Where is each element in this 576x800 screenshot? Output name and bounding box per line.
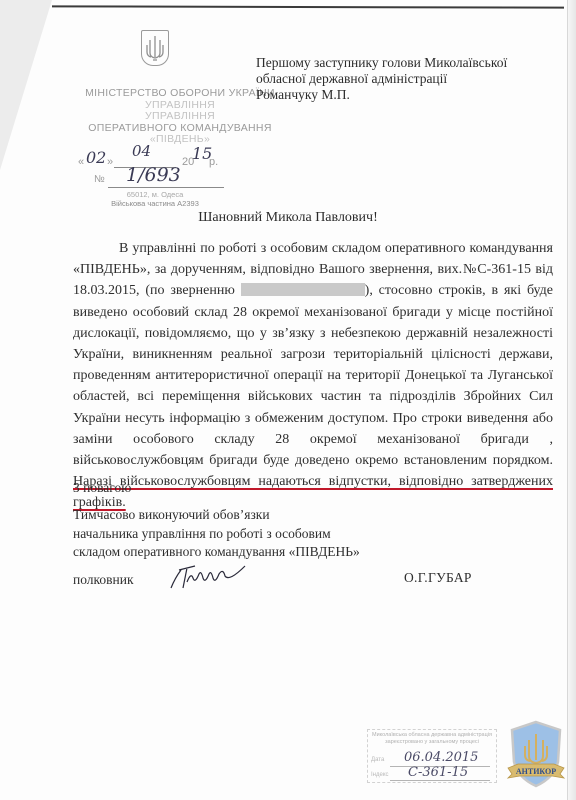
number-label: №	[94, 174, 105, 185]
recipient-line: Першому заступнику голови Миколаївської	[256, 55, 507, 71]
trident-icon	[142, 31, 168, 65]
stamp-header-line: зареєстровано у загальному процесі	[370, 739, 494, 746]
body-paragraph: В управлінні по роботі з особовим складо…	[73, 238, 553, 514]
date-suffix: р.	[209, 156, 218, 168]
address-unit: Військова частина А2393	[80, 199, 230, 208]
stamp-number-value: С-361-15	[408, 765, 468, 780]
document-page: МІНІСТЕРСТВО ОБОРОНИ УКРАЇНИ УПРАВЛІННЯ …	[0, 0, 576, 800]
incoming-registration-stamp: Миколаївська обласна державна адміністра…	[367, 729, 497, 783]
signer-title-line: складом оперативного командування «ПІВДЕ…	[73, 543, 360, 562]
number-line	[108, 187, 224, 188]
page-top-edge	[52, 5, 564, 8]
date-open-quote: «	[78, 156, 84, 168]
closing: З повагою	[73, 480, 131, 496]
stamp-number-line	[390, 780, 490, 781]
signer-title-line: Тимчасово виконуючий обов’язки	[73, 506, 360, 525]
signer-title: Тимчасово виконуючий обов’язки начальник…	[73, 506, 360, 562]
recipient-line: обласної державної адміністрації	[256, 71, 507, 87]
ministry-line: УПРАВЛІННЯ	[60, 111, 300, 123]
address-city: 65012, м. Одеса	[80, 190, 230, 199]
date-close-quote: »	[107, 156, 113, 168]
salutation: Шановний Микола Павлович!	[0, 210, 576, 226]
trident-coat-of-arms-icon	[141, 30, 169, 66]
badge-text: АНТИКОР	[516, 767, 556, 776]
stamp-header: Миколаївська обласна державна адміністра…	[370, 732, 494, 745]
letter-body: В управлінні по роботі з особовим складо…	[73, 238, 553, 514]
stamp-header-line: Миколаївська обласна державна адміністра…	[370, 732, 494, 739]
page-right-edge	[567, 0, 576, 800]
signer-name: О.Г.ГУБАР	[404, 570, 472, 586]
stamp-date-label: Дата	[371, 757, 384, 763]
trident-shield-logo-icon: АНТИКОР	[504, 718, 568, 790]
signer-rank: полковник	[73, 572, 134, 588]
outgoing-number: 1/693	[126, 164, 181, 186]
underlined-highlight: Наразі військовослужбовцям надаються від…	[73, 474, 553, 510]
handwritten-signature-icon	[165, 560, 250, 592]
letterhead-address: 65012, м. Одеса Військова частина А2393	[80, 190, 230, 208]
recipient-block: Першому заступнику голови Миколаївської …	[256, 55, 507, 103]
body-text-part2: ), стосовно строків, в які буде виведено…	[73, 283, 553, 468]
date-month: 04	[132, 142, 151, 160]
redacted-name	[241, 283, 365, 296]
stamp-date-value: 06.04.2015	[404, 750, 478, 765]
folded-corner	[0, 0, 52, 170]
recipient-line: Романчуку М.П.	[256, 87, 507, 103]
ministry-line: «ПІВДЕНЬ»	[60, 134, 300, 146]
stamp-number-label: Індекс	[371, 772, 389, 778]
signer-title-line: начальника управління по роботі з особов…	[73, 525, 360, 544]
date-day: 02	[86, 148, 106, 167]
